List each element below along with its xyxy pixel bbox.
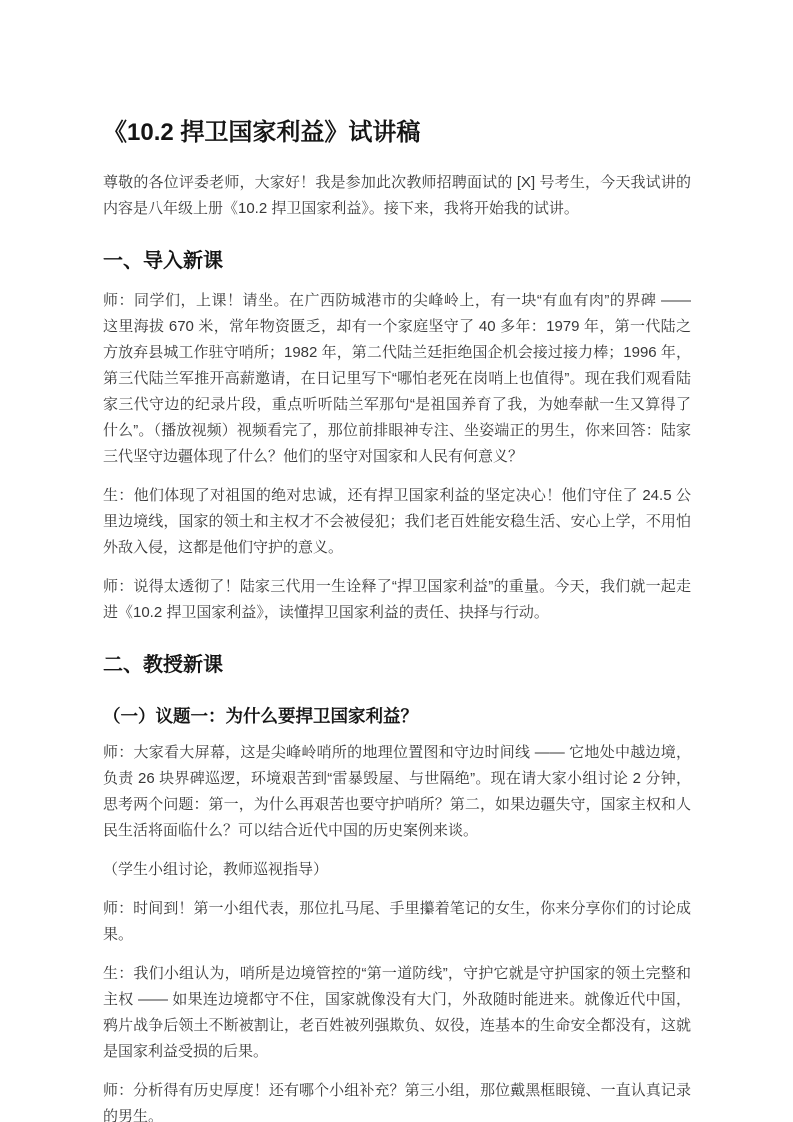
intro-paragraph: 尊敬的各位评委老师，大家好！我是参加此次教师招聘面试的 [X] 号考生，今天我试… [103,170,691,222]
doc-title: 《10.2 捍卫国家利益》试讲稿 [103,116,691,149]
topic-1-heading: （一）议题一：为什么要捍卫国家利益？ [103,703,691,729]
document-page: 《10.2 捍卫国家利益》试讲稿 尊敬的各位评委老师，大家好！我是参加此次教师招… [0,0,793,1122]
section-2-heading: 二、教授新课 [103,651,691,679]
teacher-task-paragraph: 师：大家看大屏幕，这是尖峰岭哨所的地理位置图和守边时间线 —— 它地处中越边境，… [103,740,691,844]
section-1-heading: 一、导入新课 [103,247,691,275]
student-reply-paragraph: 生：他们体现了对祖国的绝对忠诚，还有捍卫国家利益的坚定决心！他们守住了 24.5… [103,483,691,561]
teacher-call-on-paragraph: 师：时间到！第一小组代表，那位扎马尾、手里攥着笔记的女生，你来分享你们的讨论成果… [103,896,691,948]
stage-direction-paragraph: （学生小组讨论，教师巡视指导） [103,857,691,883]
teacher-lead-in-paragraph: 师：同学们，上课！请坐。在广西防城港市的尖峰岭上，有一块“有血有肉”的界碑 ——… [103,288,691,470]
teacher-feedback-paragraph: 师：分析得有历史厚度！还有哪个小组补充？第三小组，那位戴黑框眼镜、一直认真记录的… [103,1078,691,1122]
teacher-transition-paragraph: 师：说得太透彻了！陆家三代用一生诠释了“捍卫国家利益”的重量。今天，我们就一起走… [103,574,691,626]
student-group-reply-paragraph: 生：我们小组认为，哨所是边境管控的“第一道防线”，守护它就是守护国家的领土完整和… [103,961,691,1065]
